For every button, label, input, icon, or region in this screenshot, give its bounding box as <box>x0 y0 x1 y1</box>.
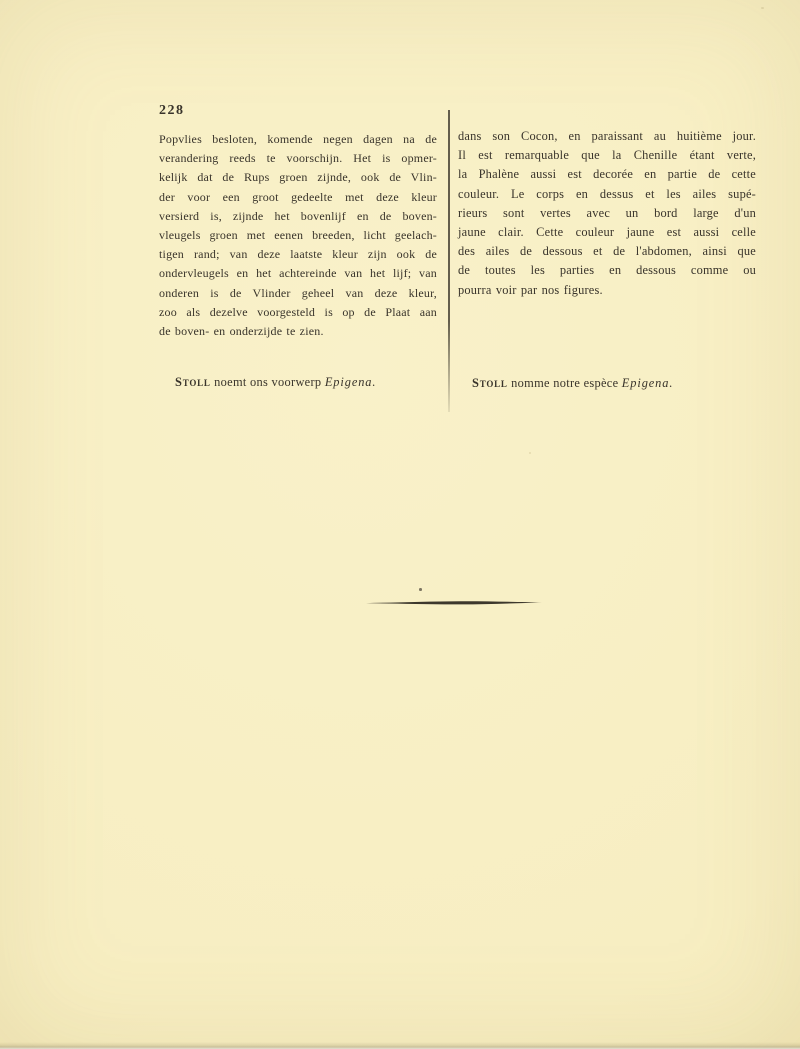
text-line: Il est remarquable que la Chenille étant… <box>458 146 756 165</box>
text-line: versierd is, zijnde het bovenlijf en de … <box>159 207 437 226</box>
text-line: couleur. Le corps en dessus et les ailes… <box>458 185 756 204</box>
attribution-text: nomme notre espèce <box>508 376 622 390</box>
paper-speck <box>529 452 531 454</box>
text-line: zoo als dezelve voorgesteld is op de Pla… <box>159 303 437 322</box>
text-line: la Phalène aussi est decorée en partie d… <box>458 165 756 184</box>
book-page: 228 Popvlies besloten, komende negen dag… <box>0 0 800 1049</box>
text-line: ondervleugels en het achtereinde van het… <box>159 264 437 283</box>
text-line: pourra voir par nos figures. <box>458 281 756 300</box>
species-name: Epigena. <box>325 375 377 389</box>
text-column-dutch: Popvlies besloten, komende negen dagen n… <box>159 130 437 341</box>
text-line: rieurs sont vertes avec un bord large d'… <box>458 204 756 223</box>
paper-speck <box>761 7 764 9</box>
text-line: kelijk dat de Rups groen zijnde, ook de … <box>159 168 437 187</box>
text-line: der voor een groot gedeelte met deze kle… <box>159 188 437 207</box>
text-line: de toutes les parties en dessous comme o… <box>458 261 756 280</box>
attribution-dutch: Stoll noemt ons voorwerp Epigena. <box>175 375 376 390</box>
text-column-french: dans son Cocon, en paraissant au huitièm… <box>458 127 756 300</box>
text-line: jaune clair. Cette couleur jaune est aus… <box>458 223 756 242</box>
text-line: onderen is de Vlinder geheel van deze kl… <box>159 284 437 303</box>
text-line: de boven- en onderzijde te zien. <box>159 322 437 341</box>
page-bottom-edge <box>0 1042 800 1049</box>
text-line: tigen rand; van deze laatste kleur zijn … <box>159 245 437 264</box>
author-name: Stoll <box>472 376 508 390</box>
species-name: Epigena. <box>622 376 674 390</box>
text-line: des ailes de dessous et de l'abdomen, ai… <box>458 242 756 261</box>
text-line: vleugels groen met eenen breeden, licht … <box>159 226 437 245</box>
attribution-text: noemt ons voorwerp <box>211 375 325 389</box>
attribution-french: Stoll nomme notre espèce Epigena. <box>472 376 673 391</box>
paper-speck <box>419 588 422 591</box>
section-divider-ornament <box>366 600 542 606</box>
column-divider-rule <box>448 110 450 412</box>
text-line: Popvlies besloten, komende negen dagen n… <box>159 130 437 149</box>
page-number: 228 <box>159 103 185 119</box>
author-name: Stoll <box>175 375 211 389</box>
text-line: dans son Cocon, en paraissant au huitièm… <box>458 127 756 146</box>
text-line: verandering reeds te voorschijn. Het is … <box>159 149 437 168</box>
